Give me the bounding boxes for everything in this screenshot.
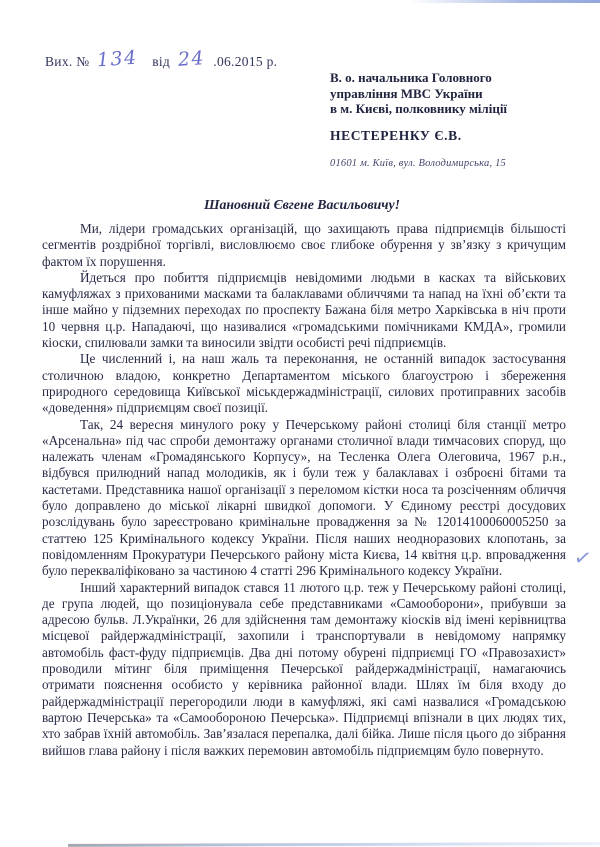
reference-suffix: .06.2015 р. [213, 54, 277, 69]
letter-body: Ми, лідери громадських організацій, що з… [42, 221, 566, 759]
addressee-postal-address: 01601 м. Київ, вул. Володимирська, 15 [330, 156, 570, 172]
body-paragraph-2: Йдеться про побиття підприємців невідоми… [42, 270, 566, 351]
scan-artifact-top-edge [410, 0, 600, 3]
body-paragraph-4: Так, 24 вересня минулого року у Печерськ… [42, 417, 566, 580]
addressee-block: В. о. начальника Головного управління МВ… [330, 70, 570, 172]
handwritten-check-icon: ✓ [572, 545, 594, 572]
addressee-line-1: В. о. начальника Головного [330, 70, 570, 86]
reference-number-handwritten: 134 [97, 52, 139, 68]
scan-artifact-bottom-edge [68, 842, 600, 847]
outgoing-reference-line: Вих. №134від24.06.2015 р. [45, 54, 277, 70]
salutation: Шановний Євгене Васильовичу! [0, 197, 600, 213]
body-paragraph-5: Інший характерний випадок стався 11 люто… [42, 580, 566, 759]
addressee-line-2: управління МВС України [330, 86, 570, 102]
reference-prefix: Вих. № [45, 54, 89, 69]
body-paragraph-1: Ми, лідери громадських організацій, що з… [42, 221, 566, 270]
reference-middle: від [152, 54, 170, 69]
addressee-name: НЕСТЕРЕНКУ Є.В. [330, 128, 570, 144]
body-paragraph-3: Це численний і, на наш жаль та переконан… [42, 351, 566, 416]
addressee-line-3: в м. Києві, полковнику міліції [330, 101, 570, 117]
reference-day-handwritten: 24 [178, 52, 206, 67]
scanned-letter-page: Вих. №134від24.06.2015 р. В. о. начальни… [0, 0, 600, 847]
